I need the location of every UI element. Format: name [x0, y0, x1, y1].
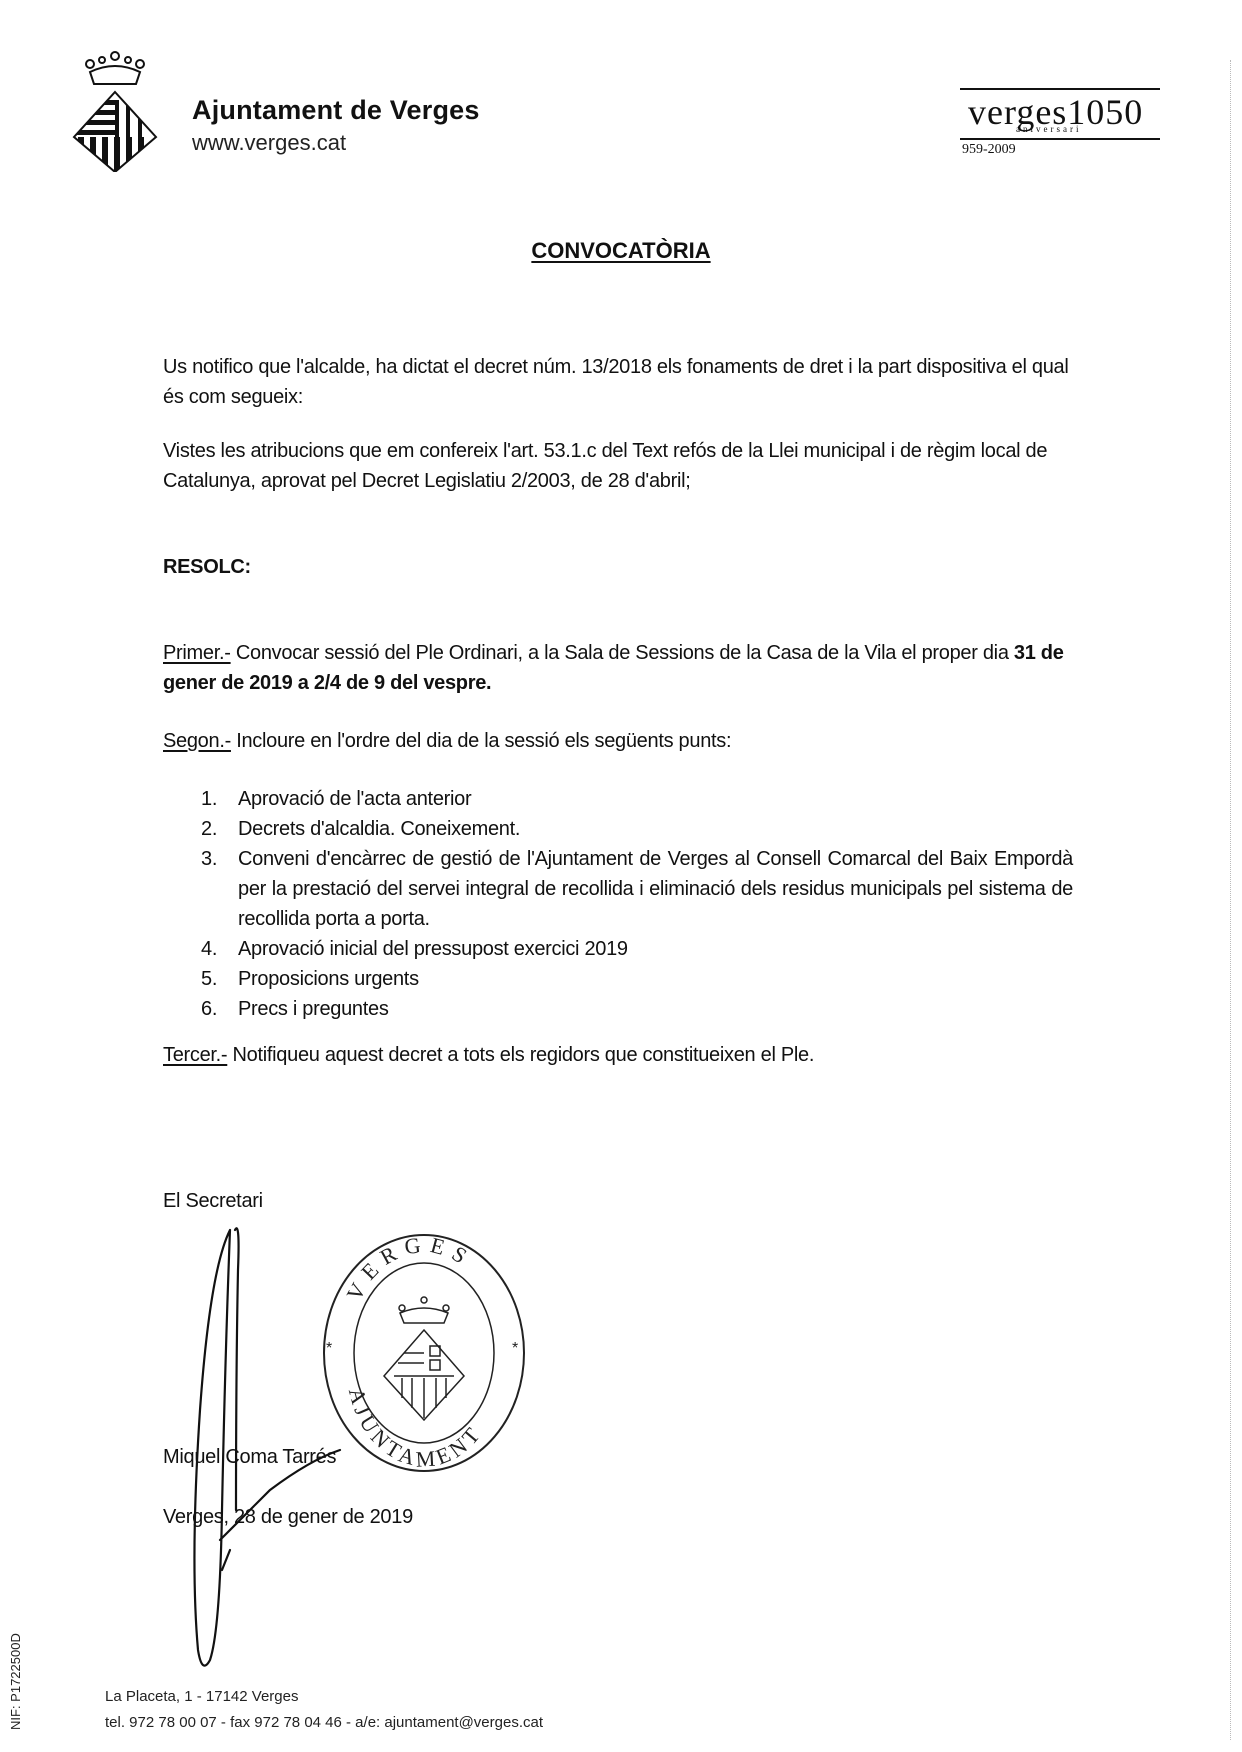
second-point: Segon.- Incloure en l'ordre del dia de l…	[163, 726, 1073, 756]
agenda-item: 1.Aprovació de l'acta anterior	[163, 784, 1073, 814]
first-point: Primer.- Convocar sessió del Ple Ordinar…	[163, 638, 1073, 698]
considerations-paragraph: Vistes les atribucions que em confereix …	[163, 436, 1073, 496]
document-title: CONVOCATÒRIA	[0, 238, 1242, 264]
agenda-item: 6.Precs i preguntes	[163, 994, 1073, 1024]
second-point-label: Segon.-	[163, 730, 231, 752]
first-point-label: Primer.-	[163, 642, 231, 664]
agenda-item: 5.Proposicions urgents	[163, 964, 1073, 994]
anniversary-years: 959-2009	[962, 142, 1016, 158]
svg-text:*: *	[512, 1340, 518, 1357]
nif-side-note: NIF: P1722500D	[8, 1633, 23, 1730]
anniversary-bottom-rule	[960, 138, 1160, 140]
agenda-item-text: Precs i preguntes	[238, 998, 389, 1020]
intro-paragraph: Us notifico que l'alcalde, ha dictat el …	[163, 352, 1073, 412]
coat-of-arms-icon	[68, 42, 162, 172]
first-point-text: Convocar sessió del Ple Ordinari, a la S…	[231, 642, 1014, 664]
anniversary-logo: verges1050 aniversari 959-2009	[960, 88, 1160, 158]
agenda-item-number: 4.	[201, 934, 217, 964]
third-point-text: Notifiqueu aquest decret a tots els regi…	[227, 1044, 814, 1066]
second-point-text: Incloure en l'ordre del dia de la sessió…	[231, 730, 731, 752]
agenda-item: 3.Conveni d'encàrrec de gestió de l'Ajun…	[163, 844, 1073, 934]
agenda-item-number: 5.	[201, 964, 217, 994]
agenda-item-text: Aprovació de l'acta anterior	[238, 788, 471, 810]
agenda-item-text: Proposicions urgents	[238, 968, 419, 990]
organization-website: www.verges.cat	[192, 130, 346, 156]
agenda-item-text: Decrets d'alcaldia. Coneixement.	[238, 818, 520, 840]
third-point-label: Tercer.-	[163, 1044, 227, 1066]
agenda-item-number: 3.	[201, 844, 217, 874]
agenda-item-number: 2.	[201, 814, 217, 844]
agenda-item-text: Conveni d'encàrrec de gestió de l'Ajunta…	[238, 848, 1073, 930]
third-point: Tercer.- Notifiqueu aquest decret a tots…	[163, 1040, 1073, 1070]
scan-edge-marks	[1230, 60, 1235, 1740]
agenda-item: 2.Decrets d'alcaldia. Coneixement.	[163, 814, 1073, 844]
anniversary-top-rule	[960, 88, 1160, 90]
agenda-list: 1.Aprovació de l'acta anterior2.Decrets …	[163, 784, 1073, 1024]
footer-address: La Placeta, 1 - 17142 Verges	[105, 1688, 298, 1705]
agenda-item-text: Aprovació inicial del pressupost exercic…	[238, 938, 628, 960]
agenda-item-number: 1.	[201, 784, 217, 814]
organization-name: Ajuntament de Verges	[192, 95, 480, 126]
agenda-item-number: 6.	[201, 994, 217, 1024]
anniversary-subtitle: aniversari	[1016, 124, 1081, 134]
agenda-item: 4.Aprovació inicial del pressupost exerc…	[163, 934, 1073, 964]
footer-contact: tel. 972 78 00 07 - fax 972 78 04 46 - a…	[105, 1714, 543, 1731]
resolves-heading: RESOLC:	[163, 552, 1073, 582]
handwritten-signature-icon	[160, 1210, 420, 1690]
